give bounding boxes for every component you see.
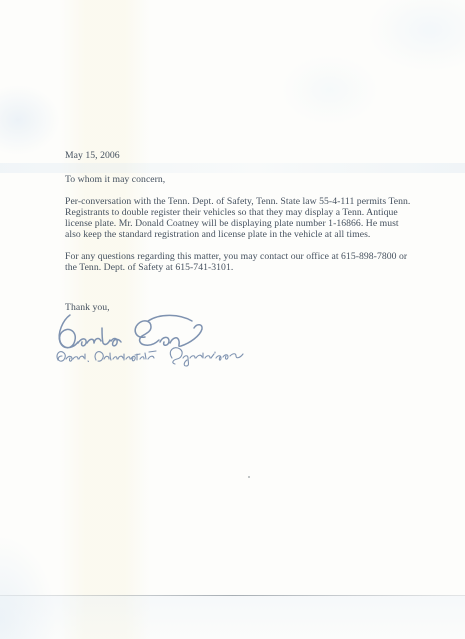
paragraph-line: the Tenn. Dept. of Safety at 615-741-310… — [65, 262, 407, 273]
paragraph-line: license plate. Mr. Donald Coatney will b… — [65, 218, 410, 229]
signature-title-strokes — [57, 348, 243, 366]
paragraph-line: Per-conversation with the Tenn. Dept. of… — [65, 196, 410, 207]
signature-handwriting — [50, 306, 270, 370]
letter-salutation: To whom it may concern, — [65, 174, 165, 185]
below-fold-tint — [0, 596, 465, 639]
scan-tint-band — [0, 163, 465, 173]
paragraph-line: For any questions regarding this matter,… — [65, 251, 407, 262]
signature-name-strokes — [59, 315, 202, 348]
scanned-letter-page: May 15, 2006 To whom it may concern, Per… — [0, 0, 465, 639]
paragraph-line: Registrants to double register their veh… — [65, 207, 410, 218]
letter-date: May 15, 2006 — [65, 150, 120, 161]
letter-paragraph-2: For any questions regarding this matter,… — [65, 251, 407, 273]
paragraph-line: also keep the standard registration and … — [65, 229, 410, 240]
letter-paragraph-1: Per-conversation with the Tenn. Dept. of… — [65, 196, 410, 240]
paper-fold-line — [0, 595, 465, 596]
scan-speck — [248, 476, 250, 478]
